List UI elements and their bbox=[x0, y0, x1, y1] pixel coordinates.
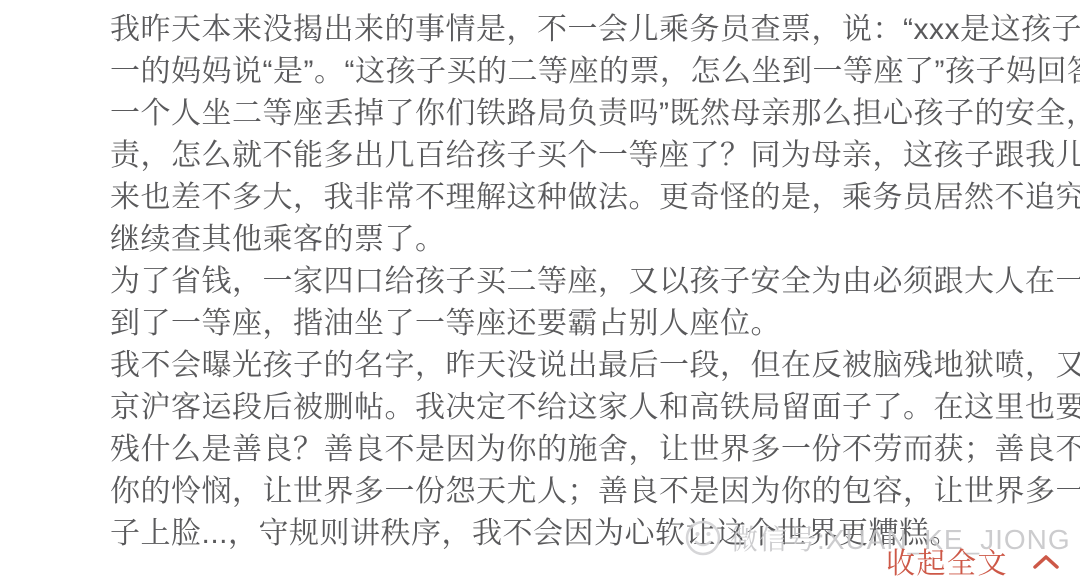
text-line: 一个人坐二等座丢掉了你们铁路局负责吗”既然母亲那么担心孩子的安全，如此负 bbox=[110, 93, 1080, 135]
text-line: 继续查其他乘客的票了。 bbox=[110, 219, 1080, 261]
article-page: 我昨天本来没揭出来的事情是，不一会儿乘务员查票，说：“xxx是这孩子吧”。图 一… bbox=[0, 0, 1080, 579]
text-line: 为了省钱，一家四口给孩子买二等座，又以孩子安全为由必须跟大人在一起；做 bbox=[110, 261, 1080, 303]
text-line: 我不会曝光孩子的名字，昨天没说出最后一段，但在反被脑残地狱喷，又在艾特 bbox=[110, 345, 1080, 387]
collapse-label[interactable]: 收起全文 bbox=[886, 541, 1008, 579]
collapse-full-text-button[interactable]: 收起全文 bbox=[886, 541, 1060, 579]
text-line: 到了一等座，揩油坐了一等座还要霸占别人座位。 bbox=[110, 303, 1080, 345]
article-text: 我昨天本来没揭出来的事情是，不一会儿乘务员查票，说：“xxx是这孩子吧”。图 一… bbox=[110, 9, 1080, 555]
text-line: 残什么是善良？善良不是因为你的施舍，让世界多一份不劳而获；善良不是因为 bbox=[110, 429, 1080, 471]
text-line: 来也差不多大，我非常不理解这种做法。更奇怪的是，乘务员居然不追究不吭声 bbox=[110, 177, 1080, 219]
text-line: 京沪客运段后被删帖。我决定不给这家人和高铁局留面子了。在这里也要告诉脑 bbox=[110, 387, 1080, 429]
text-line: 你的怜悯，让世界多一份怨天尤人；善良不是因为你的包容，让世界多一份蹬鼻 bbox=[110, 471, 1080, 513]
text-line: 责，怎么就不能多出几百给孩子买个一等座了？同为母亲，这孩子跟我儿子看起 bbox=[110, 135, 1080, 177]
chevron-up-icon[interactable] bbox=[1032, 553, 1060, 571]
text-line: 我昨天本来没揭出来的事情是，不一会儿乘务员查票，说：“xxx是这孩子吧”。图 bbox=[110, 9, 1080, 51]
text-line: 一的妈妈说“是”。“这孩子买的二等座的票，怎么坐到一等座了”孩子妈回答：“孩子 bbox=[110, 51, 1080, 93]
